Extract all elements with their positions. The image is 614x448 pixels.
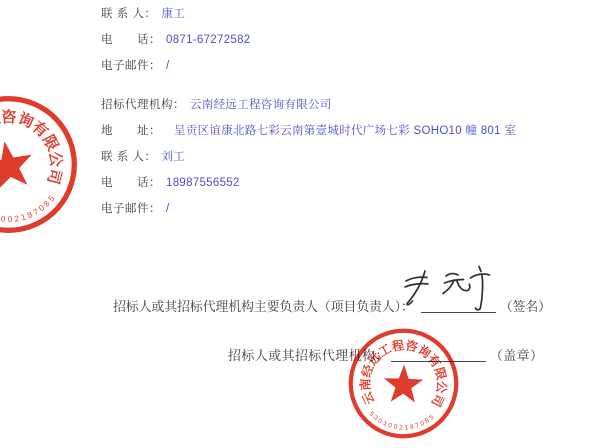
field-label: 联 系 人： — [101, 151, 156, 163]
field-label: 联 系 人： — [101, 8, 156, 20]
handwritten-signature — [396, 262, 496, 316]
agency-row: 招标代理机构：云南经远工程咨询有限公司 — [101, 98, 332, 112]
contact-row: 电子邮件：/ — [101, 59, 170, 73]
svg-text:云南经远工程咨询有限公司: 云南经远工程咨询有限公司 — [0, 99, 69, 204]
stamp-label: 招标人或其招标代理机构： — [228, 348, 389, 363]
agency-stamp-line: 招标人或其招标代理机构：（盖章） — [228, 345, 543, 364]
field-label: 电 话： — [101, 34, 161, 46]
field-value: 刘工 — [161, 151, 185, 163]
agency-row: 电 话：18987556552 — [101, 176, 240, 190]
field-value: 呈贡区谊康北路七彩云南第壹城时代广场七彩 SOHO10 幢 801 室 — [174, 125, 516, 137]
stamp-underline — [391, 349, 486, 362]
agency-row: 电子邮件：/ — [101, 202, 170, 216]
svg-text:5301002187085: 5301002187085 — [367, 410, 437, 432]
field-value: 云南经远工程咨询有限公司 — [190, 99, 332, 111]
company-seal-left-edge: 云南经远工程咨询有限公司5301002187085 — [0, 83, 90, 246]
field-value: / — [166, 203, 170, 215]
signature-label: 招标人或其招标代理机构主要负责人（项目负责人）： — [113, 299, 414, 314]
field-value: 康工 — [161, 8, 185, 20]
agency-row: 联 系 人：刘工 — [101, 150, 185, 164]
field-label: 电 话： — [101, 177, 161, 189]
field-value: 18987556552 — [166, 177, 240, 189]
field-value: 0871-67272582 — [166, 34, 250, 46]
field-label: 电子邮件： — [101, 203, 161, 215]
signature-suffix: （签名） — [500, 299, 551, 314]
field-label: 招标代理机构： — [101, 99, 185, 111]
field-label: 电子邮件： — [101, 60, 161, 72]
field-label: 地 址： — [101, 125, 161, 137]
contact-row: 电 话：0871-67272582 — [101, 33, 250, 47]
contact-row: 联 系 人：康工 — [101, 7, 185, 21]
stamp-suffix: （盖章） — [490, 348, 544, 363]
agency-row: 地 址：呈贡区谊康北路七彩云南第壹城时代广场七彩 SOHO10 幢 801 室 — [101, 124, 516, 138]
document-page: 联 系 人：康工 电 话：0871-67272582 电子邮件：/ 招标代理机构… — [0, 0, 614, 448]
company-seal-stamp: 云南经远工程咨询有限公司5301002187085 — [345, 325, 462, 442]
field-value: / — [166, 60, 170, 72]
svg-text:5301002187085: 5301002187085 — [0, 191, 61, 231]
